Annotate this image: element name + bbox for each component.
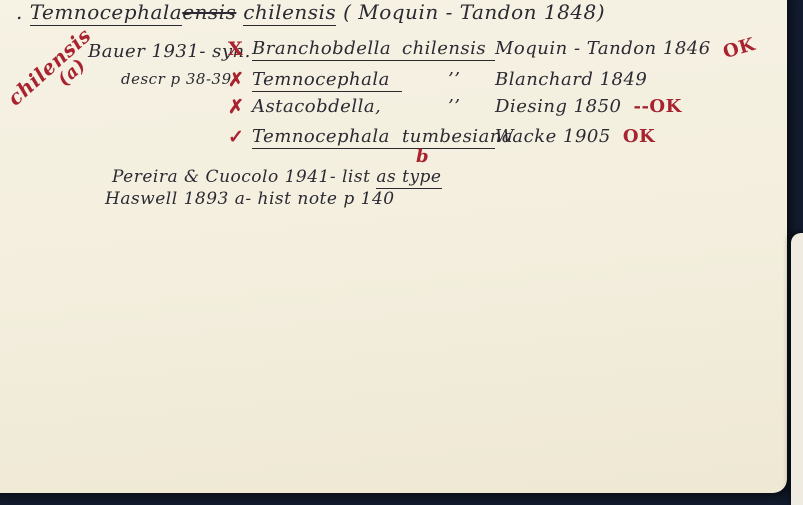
synonym-row: ✗ Temnocephala ’’ Blanchard 1849 xyxy=(228,69,659,92)
red-x-mark-icon: ✗ xyxy=(228,96,252,118)
synonym-genus: Astacobdella, xyxy=(252,96,402,117)
title-authority: ( Moquin - Tandon 1848) xyxy=(343,0,605,24)
title-superscript: a xyxy=(190,0,198,3)
synonymy-source: Bauer 1931- syn. xyxy=(88,41,251,62)
title-species: chilensis xyxy=(243,0,336,26)
red-b-annotation: b xyxy=(416,146,429,167)
index-card: . Temnocephalaensisa chilensis ( Moquin … xyxy=(0,0,787,493)
red-check-mark-icon: ✓ xyxy=(228,126,252,148)
ok-annotation: OK xyxy=(623,126,655,147)
ditto-marks: ’’ xyxy=(402,96,495,117)
title-genus: Temnocephala xyxy=(30,0,182,26)
synonym-authority: Wacke 1905 xyxy=(495,126,611,147)
synonym-authority: Diesing 1850 xyxy=(495,96,621,117)
reference-line: Haswell 1893 a- hist note p 140 xyxy=(105,189,395,209)
red-x-mark-icon: ✗ xyxy=(228,69,252,91)
reference-underlined: as type xyxy=(376,167,441,189)
ditto-marks: ’’ xyxy=(402,69,495,90)
reference-text: Pereira & Cuocolo 1941- list xyxy=(112,167,376,187)
title-prefix: . xyxy=(16,0,23,24)
synonym-species: chilensis xyxy=(402,38,495,61)
title-struck-suffix: ensisa xyxy=(182,0,236,24)
synonym-row: ✓ Temnocephala tumbesiana Wacke 1905 OK xyxy=(228,126,655,149)
synonymy-pages: descr p 38-39 xyxy=(121,70,232,88)
synonym-genus: Branchobdella xyxy=(252,38,402,61)
title-line: . Temnocephalaensisa chilensis ( Moquin … xyxy=(16,0,605,24)
card-behind-edge xyxy=(791,233,803,505)
reference-line: Pereira & Cuocolo 1941- list as type xyxy=(112,167,442,187)
red-x-mark-icon: X xyxy=(228,38,252,60)
margin-note: chilensis (a) xyxy=(4,25,108,124)
synonym-row: X Branchobdella chilensis Moquin - Tando… xyxy=(228,38,755,61)
synonym-genus: Temnocephala xyxy=(252,126,402,149)
synonym-authority: Moquin - Tandon 1846 xyxy=(495,38,711,59)
synonym-row: ✗ Astacobdella, ’’ Diesing 1850 --OK xyxy=(228,96,682,118)
synonym-genus: Temnocephala xyxy=(252,69,402,92)
ok-annotation: --OK xyxy=(633,96,681,117)
scanned-card-image: . Temnocephalaensisa chilensis ( Moquin … xyxy=(0,0,803,505)
synonym-authority: Blanchard 1849 xyxy=(495,69,647,90)
ok-annotation: OK xyxy=(720,34,757,63)
